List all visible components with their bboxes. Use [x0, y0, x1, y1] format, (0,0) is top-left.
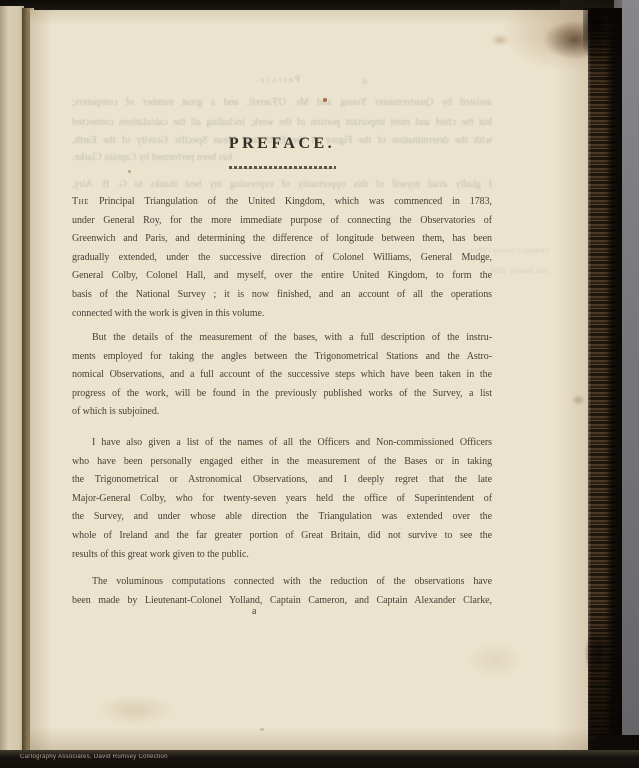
paragraph-3: I have also given a list of the names of… — [72, 434, 492, 564]
text-line: basis of the National Survey ; it is now… — [72, 286, 492, 305]
text-line: the Trigonometrical or Astronomical Obse… — [72, 471, 492, 490]
foxing-spot — [260, 728, 264, 731]
text-line: Greenwich and Paris, and determining the… — [72, 230, 492, 249]
text-line: ments employed for taking the angles bet… — [72, 348, 492, 367]
book-page: Preface. ii assisted by Quartermaster Yo… — [30, 10, 588, 750]
title-rule — [229, 166, 336, 169]
fore-edge-burn-mid — [585, 630, 611, 676]
text-line: whole of Ireland and the far greater por… — [72, 527, 492, 546]
page-title: PREFACE. — [72, 135, 492, 153]
scanned-book-photo: { "document": { "title": "PREFACE.", "le… — [0, 0, 639, 768]
bleedthrough-page-number: ii — [362, 76, 367, 86]
text-line: nomical Observations, and a full account… — [72, 366, 492, 385]
signature-mark: a — [252, 606, 256, 617]
text-line: under General Roy, for the more immediat… — [72, 212, 492, 231]
text-line: Major-General Colby, who for twenty-seve… — [72, 490, 492, 509]
bleedthrough-line: I gladly avail myself of this opportunit… — [72, 178, 492, 192]
paragraph-4: The voluminous computations connected wi… — [72, 573, 492, 610]
text-line: results of this great work given to the … — [72, 546, 492, 565]
text-line: But the details of the measurement of th… — [72, 329, 492, 348]
text-line: The voluminous computations connected wi… — [72, 573, 492, 592]
watermark: Cartography Associates, David Rumsey Col… — [20, 754, 168, 761]
text-line: been made by Lieutenant-Colonel Yolland,… — [72, 592, 492, 611]
text-line: I have also given a list of the names of… — [72, 434, 492, 453]
bleedthrough-line: assisted by Quartermaster Young and Mr. … — [72, 96, 492, 110]
bleedthrough-line: has been performed by Captain Clarke. — [72, 151, 492, 165]
background-right — [622, 0, 639, 768]
bleedthrough-line: but the chief and most important portion… — [72, 116, 492, 130]
text-line: of which is subjoined. — [72, 403, 492, 422]
left-page-edge — [0, 6, 24, 752]
text-line: the Survey, and under whose able directi… — [72, 508, 492, 527]
text-line: The Principal Triangulation of the Unite… — [72, 193, 492, 212]
paragraph-1: The Principal Triangulation of the Unite… — [72, 193, 492, 323]
text-line: connected with the work is given in this… — [72, 305, 492, 324]
bleedthrough-running-header: Preface. — [222, 74, 332, 84]
paragraph-2: But the details of the measurement of th… — [72, 329, 492, 422]
text-line: who have been personally engaged either … — [72, 453, 492, 472]
text-line-rest: Principal Triangulation of the United Ki… — [99, 196, 492, 207]
text-line: General Colby, Colonel Hall, and myself,… — [72, 267, 492, 286]
text-line: gradually extended, under the successive… — [72, 249, 492, 268]
text-line: progress of the work, will be found in t… — [72, 385, 492, 404]
fore-edge-burn-top — [583, 8, 613, 58]
leading-small-caps: The — [72, 196, 89, 207]
